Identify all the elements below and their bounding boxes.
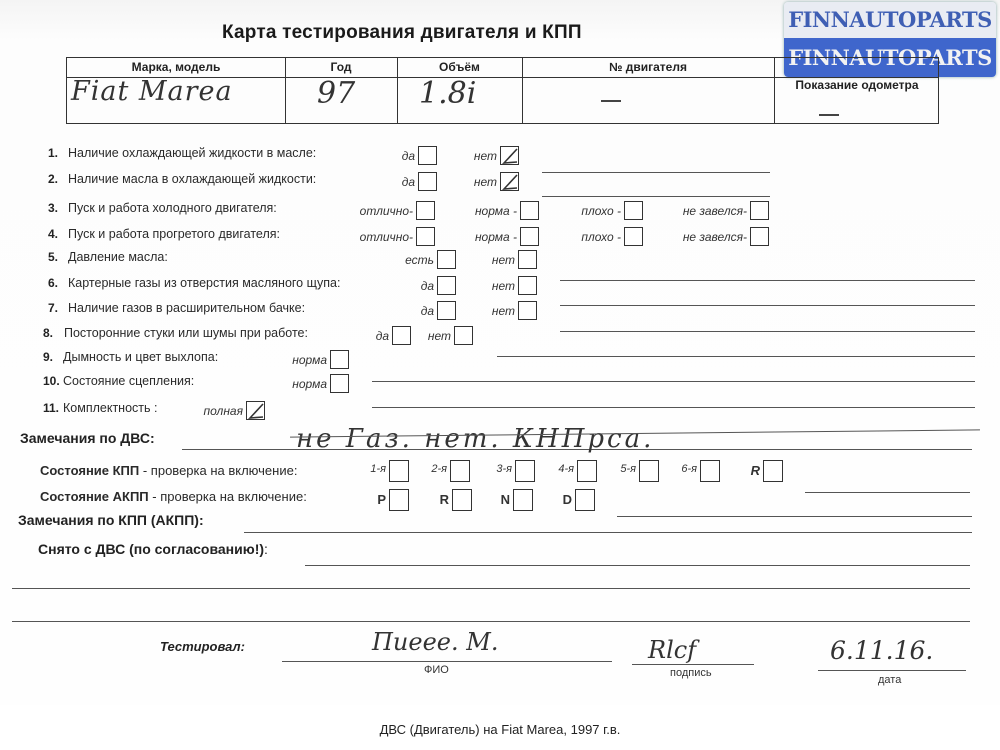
gear-label: 1-я (370, 463, 386, 475)
item-number: 3. (48, 201, 58, 215)
item-number: 5. (48, 250, 58, 264)
gear-checkbox-4-я[interactable] (577, 460, 597, 482)
option-label: нет (428, 329, 451, 343)
notes-line[interactable] (542, 196, 770, 197)
gear-label: R (751, 463, 760, 478)
item-text: Давление масла: (68, 250, 168, 264)
gear-checkbox-p[interactable] (389, 489, 409, 511)
option-checkbox[interactable] (330, 350, 349, 369)
value-volume[interactable]: 1.8i (419, 76, 476, 111)
option-checkbox[interactable] (518, 276, 537, 295)
item-text: Посторонние стуки или шумы при работе: (64, 326, 308, 340)
item-text: Пуск и работа прогретого двигателя: (68, 227, 280, 241)
auto-gearbox-label: Состояние АКПП - проверка на включение: (40, 489, 307, 504)
checkmark-icon (247, 402, 266, 421)
manual-gearbox-line (805, 492, 970, 493)
option-label: да (376, 329, 389, 343)
gear-label: 4-я (558, 463, 574, 475)
option-checkbox[interactable] (500, 172, 519, 191)
item-number: 11. (43, 401, 59, 415)
option-checkbox[interactable] (454, 326, 473, 345)
option-label: есть (405, 253, 434, 267)
engine-remarks-label: Замечания по ДВС: (20, 430, 155, 446)
logo-line-1: FINNAUTOPARTS (784, 2, 996, 38)
option-checkbox[interactable] (437, 276, 456, 295)
removed-line[interactable] (305, 565, 970, 566)
option-checkbox[interactable] (437, 250, 456, 269)
gear-checkbox-5-я[interactable] (639, 460, 659, 482)
gear-label: 6-я (681, 463, 697, 475)
item-number: 9. (43, 350, 53, 364)
tester-name-value[interactable]: Пиеее. М. (372, 628, 498, 656)
gear-label: D (563, 492, 572, 507)
gear-checkbox-6-я[interactable] (700, 460, 720, 482)
option-checkbox[interactable] (520, 227, 539, 246)
option-checkbox[interactable] (624, 201, 643, 220)
signature-caption: подпись (670, 667, 712, 679)
item-text: Наличие охлаждающей жидкости в масле: (68, 146, 316, 160)
option-label: да (421, 279, 434, 293)
value-engine-number-dash[interactable] (601, 100, 621, 102)
item-text: Пуск и работа холодного двигателя: (68, 201, 277, 215)
gearbox-remarks-line[interactable] (244, 532, 972, 533)
value-odometer-dash[interactable] (819, 114, 839, 116)
item-number: 4. (48, 227, 58, 241)
notes-line[interactable] (560, 305, 975, 306)
item-number: 10. (43, 374, 60, 388)
option-checkbox[interactable] (246, 401, 265, 420)
header-year: Год (285, 60, 397, 74)
option-checkbox[interactable] (624, 227, 643, 246)
option-label: отлично- (360, 230, 413, 244)
image-caption: ДВС (Двигатель) на Fiat Marea, 1997 г.в. (0, 722, 1000, 737)
option-label: нет (492, 304, 515, 318)
item-text: Состояние сцепления: (63, 374, 194, 388)
value-make-model[interactable]: Fiat Marea (71, 76, 233, 107)
option-label: норма (292, 377, 327, 391)
gear-label: R (440, 492, 449, 507)
option-checkbox[interactable] (750, 227, 769, 246)
tested-by-label: Тестировал: (160, 639, 245, 654)
header-make-model: Марка, модель (67, 60, 285, 74)
vehicle-info-table: Марка, модель Год Объём № двигателя Пока… (66, 57, 939, 124)
option-label: не завелся- (683, 204, 747, 218)
gear-checkbox-n[interactable] (513, 489, 533, 511)
option-label: полная (204, 404, 243, 418)
option-label: нет (474, 149, 497, 163)
item-number: 6. (48, 276, 58, 290)
item-text: Комплектность : (63, 401, 157, 415)
removed-label: Снято с ДВС (по согласованию!): (38, 541, 268, 557)
value-year[interactable]: 97 (317, 76, 355, 111)
item-text: Наличие газов в расширительном бачке: (68, 301, 305, 315)
engine-remarks-value[interactable]: не Газ. нет. КНПрса. (296, 424, 654, 454)
option-label: нет (474, 175, 497, 189)
signature-line (632, 664, 754, 665)
date-caption: дата (878, 674, 901, 686)
option-checkbox[interactable] (750, 201, 769, 220)
option-label: да (421, 304, 434, 318)
option-checkbox[interactable] (500, 146, 519, 165)
date-line (818, 670, 966, 671)
option-label: да (402, 149, 415, 163)
option-checkbox[interactable] (418, 172, 437, 191)
item-number: 1. (48, 146, 58, 160)
signature-value[interactable]: Rlcf (648, 636, 696, 664)
header-engine-number: № двигателя (522, 60, 774, 74)
notes-line[interactable] (542, 172, 770, 173)
item-text: Дымность и цвет выхлопа: (63, 350, 218, 364)
gear-label: 5-я (620, 463, 636, 475)
notes-line[interactable] (372, 407, 975, 408)
gear-label: P (377, 492, 386, 507)
notes-line[interactable] (560, 280, 975, 281)
option-checkbox[interactable] (416, 227, 435, 246)
item-text: Картерные газы из отверстия масляного щу… (68, 276, 340, 290)
option-checkbox[interactable] (437, 301, 456, 320)
gear-checkbox-2-я[interactable] (450, 460, 470, 482)
gear-label: 2-я (431, 463, 447, 475)
option-label: да (402, 175, 415, 189)
option-checkbox[interactable] (518, 301, 537, 320)
auto-gearbox-line (617, 516, 972, 517)
tester-name-line (282, 661, 612, 662)
option-checkbox[interactable] (520, 201, 539, 220)
date-value[interactable]: 6.11.16. (830, 636, 933, 665)
notes-line[interactable] (497, 356, 975, 357)
gear-checkbox-1-я[interactable] (389, 460, 409, 482)
option-checkbox[interactable] (416, 201, 435, 220)
option-label: норма - (475, 204, 517, 218)
extra-line (12, 621, 970, 622)
item-number: 2. (48, 172, 58, 186)
tester-name-caption: ФИО (424, 664, 449, 676)
header-volume: Объём (397, 60, 522, 74)
option-label: нет (492, 253, 515, 267)
item-number: 7. (48, 301, 58, 315)
gear-label: 3-я (496, 463, 512, 475)
option-label: нет (492, 279, 515, 293)
option-label: плохо - (581, 230, 621, 244)
option-checkbox[interactable] (330, 374, 349, 393)
gear-checkbox-d[interactable] (575, 489, 595, 511)
item-number: 8. (43, 326, 53, 340)
gear-checkbox-r[interactable] (452, 489, 472, 511)
notes-line[interactable] (372, 381, 975, 382)
gear-label: N (501, 492, 510, 507)
checkmark-icon (501, 173, 520, 192)
option-label: норма (292, 353, 327, 367)
header-odometer: Показание одометра (774, 78, 940, 92)
checkmark-icon (501, 147, 520, 166)
form-title: Карта тестирования двигателя и КПП (222, 22, 582, 44)
item-text: Наличие масла в охлаждающей жидкости: (68, 172, 316, 186)
option-checkbox[interactable] (418, 146, 437, 165)
manual-gearbox-label: Состояние КПП - проверка на включение: (40, 463, 297, 478)
removed-line-2[interactable] (12, 588, 970, 589)
option-label: норма - (475, 230, 517, 244)
option-checkbox[interactable] (392, 326, 411, 345)
option-checkbox[interactable] (518, 250, 537, 269)
gear-checkbox-3-я[interactable] (515, 460, 535, 482)
option-label: плохо - (581, 204, 621, 218)
notes-line[interactable] (560, 331, 975, 332)
option-label: отлично- (360, 204, 413, 218)
option-label: не завелся- (683, 230, 747, 244)
gear-checkbox-r[interactable] (763, 460, 783, 482)
scanned-form: Карта тестирования двигателя и КПП FINNA… (0, 0, 1000, 705)
gearbox-remarks-label: Замечания по КПП (АКПП): (18, 512, 204, 528)
